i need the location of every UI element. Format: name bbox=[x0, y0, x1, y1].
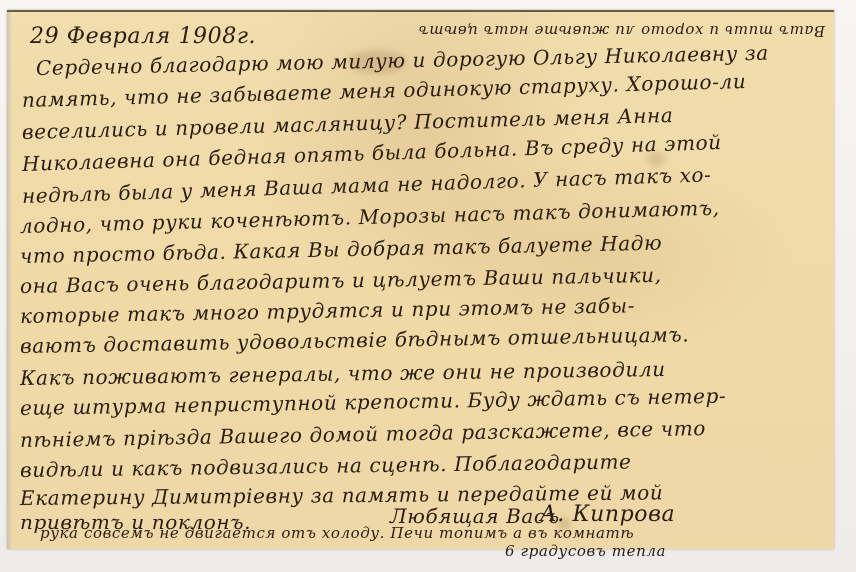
upside-down-note: Вашъ тишь и хорошо ли живѣте нашъ цвѣтъ bbox=[385, 22, 825, 40]
letter-date: 29 Февраля 1908г. bbox=[30, 24, 256, 49]
postscript-line: рука совсемъ не двигается отъ холоду. Пе… bbox=[40, 524, 634, 542]
postscript-end: 6 градусовъ тепла bbox=[505, 542, 666, 560]
card-edge-shadow bbox=[7, 12, 12, 549]
